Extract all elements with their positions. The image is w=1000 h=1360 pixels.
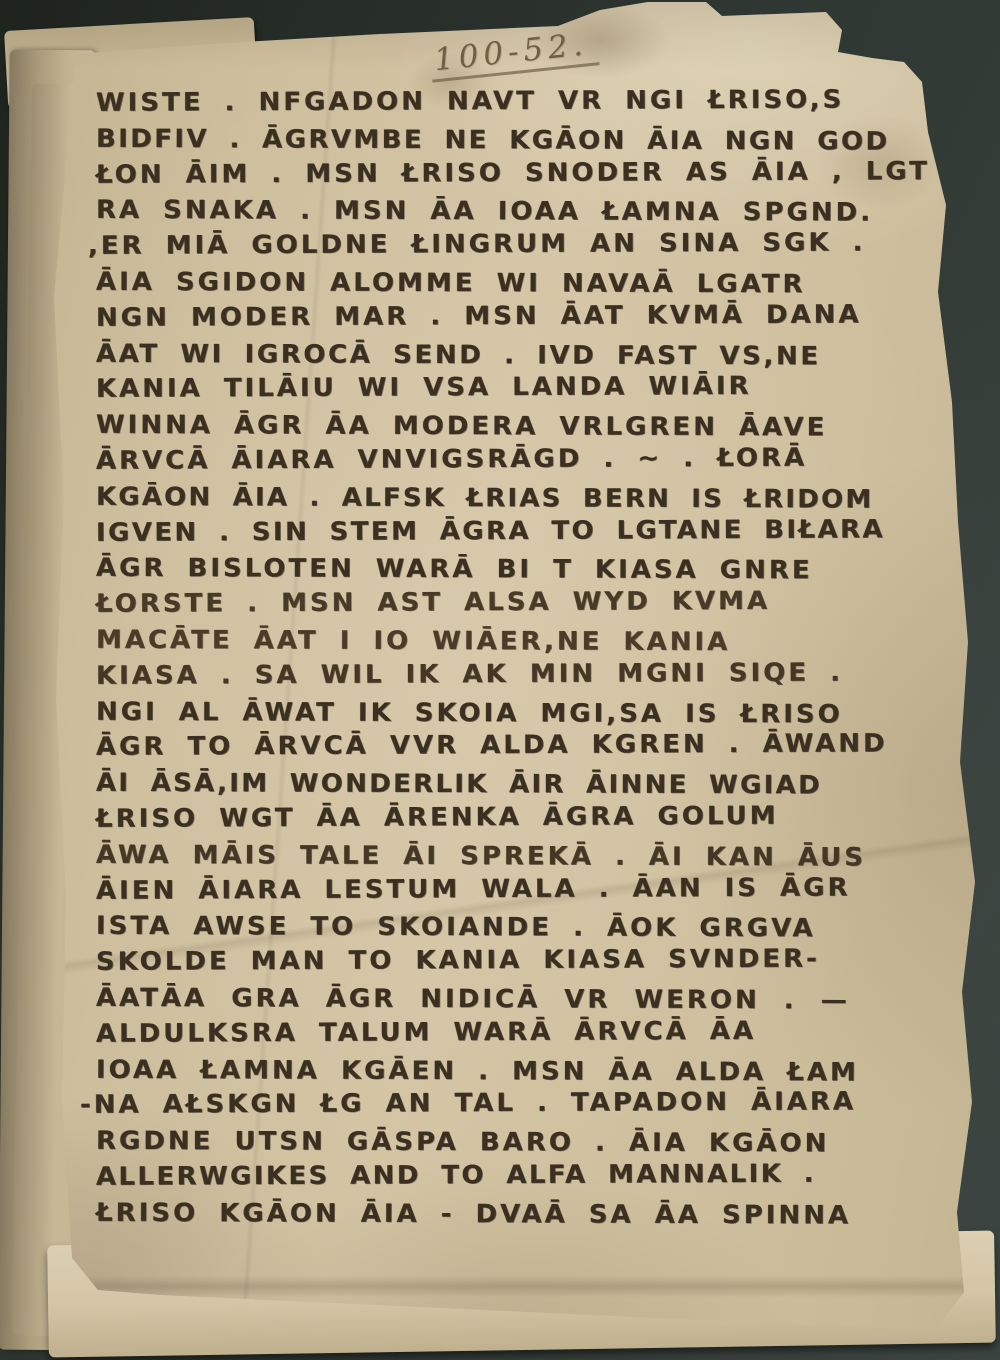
manuscript-line: ĀIEN ĀIARA LESTUM WALA . ĀAN IS ĀGR bbox=[96, 870, 956, 908]
manuscript-line: ŁON ĀIM . MSN ŁRISO SNODER AS ĀIA , LGT bbox=[96, 154, 956, 192]
manuscript-line: ŁRISO KGĀON ĀIA - DVAĀ SA ĀA SPINNA bbox=[96, 1196, 956, 1234]
manuscript-line: WISTE . NFGADON NAVT VR NGI ŁRISO,S bbox=[96, 83, 956, 121]
manuscript-line: ŁORSTE . MSN AST ALSA WYD KVMA bbox=[96, 584, 956, 622]
page-number: 100-52. bbox=[428, 25, 599, 82]
manuscript-line: KANIA TILĀIU WI VSA LANDA WIĀIR bbox=[96, 369, 956, 407]
photo-background: 100-52. WISTE . NFGADON NAVT VR NGI ŁRIS… bbox=[0, 0, 1000, 1360]
manuscript-page: 100-52. WISTE . NFGADON NAVT VR NGI ŁRIS… bbox=[0, 0, 1000, 1360]
manuscript-line: ĀWA MĀIS TALE ĀI SPREKĀ . ĀI KAN ĀUS bbox=[96, 838, 956, 876]
manuscript-text: WISTE . NFGADON NAVT VR NGI ŁRISO,S BIDF… bbox=[96, 86, 956, 1232]
manuscript-line: KIASA . SA WIL IK AK MIN MGNI SIQE . bbox=[96, 656, 956, 694]
manuscript-line: ALLERWGIKES AND TO ALFA MANNALIK . bbox=[96, 1157, 956, 1195]
manuscript-line: ĀRVCĀ ĀIARA VNVIGSRĀGD . ~ . ŁORĀ bbox=[96, 441, 956, 479]
manuscript-line: ĀGR TO ĀRVCĀ VVR ALDA KGREN . ĀWAND bbox=[96, 727, 956, 765]
manuscript-line: ,ER MIĀ GOLDNE ŁINGRUM AN SINA SGK . bbox=[88, 226, 956, 265]
manuscript-line: -NA AŁSKGN ŁG AN TAL . TAPADON ĀIARA bbox=[80, 1085, 956, 1124]
manuscript-line: ŁRISO WGT ĀA ĀRENKA ĀGRA GOLUM bbox=[96, 799, 956, 837]
manuscript-line: IGVEN . SIN STEM ĀGRA TO LGTANE BIŁARA bbox=[96, 512, 956, 550]
manuscript-line: ALDULKSRA TALUM WARĀ ĀRVCĀ ĀA bbox=[96, 1014, 956, 1052]
manuscript-line: NGN MODER MAR . MSN ĀAT KVMĀ DANA bbox=[96, 298, 956, 336]
manuscript-line: SKOLDE MAN TO KANIA KIASA SVNDER- bbox=[96, 942, 956, 980]
